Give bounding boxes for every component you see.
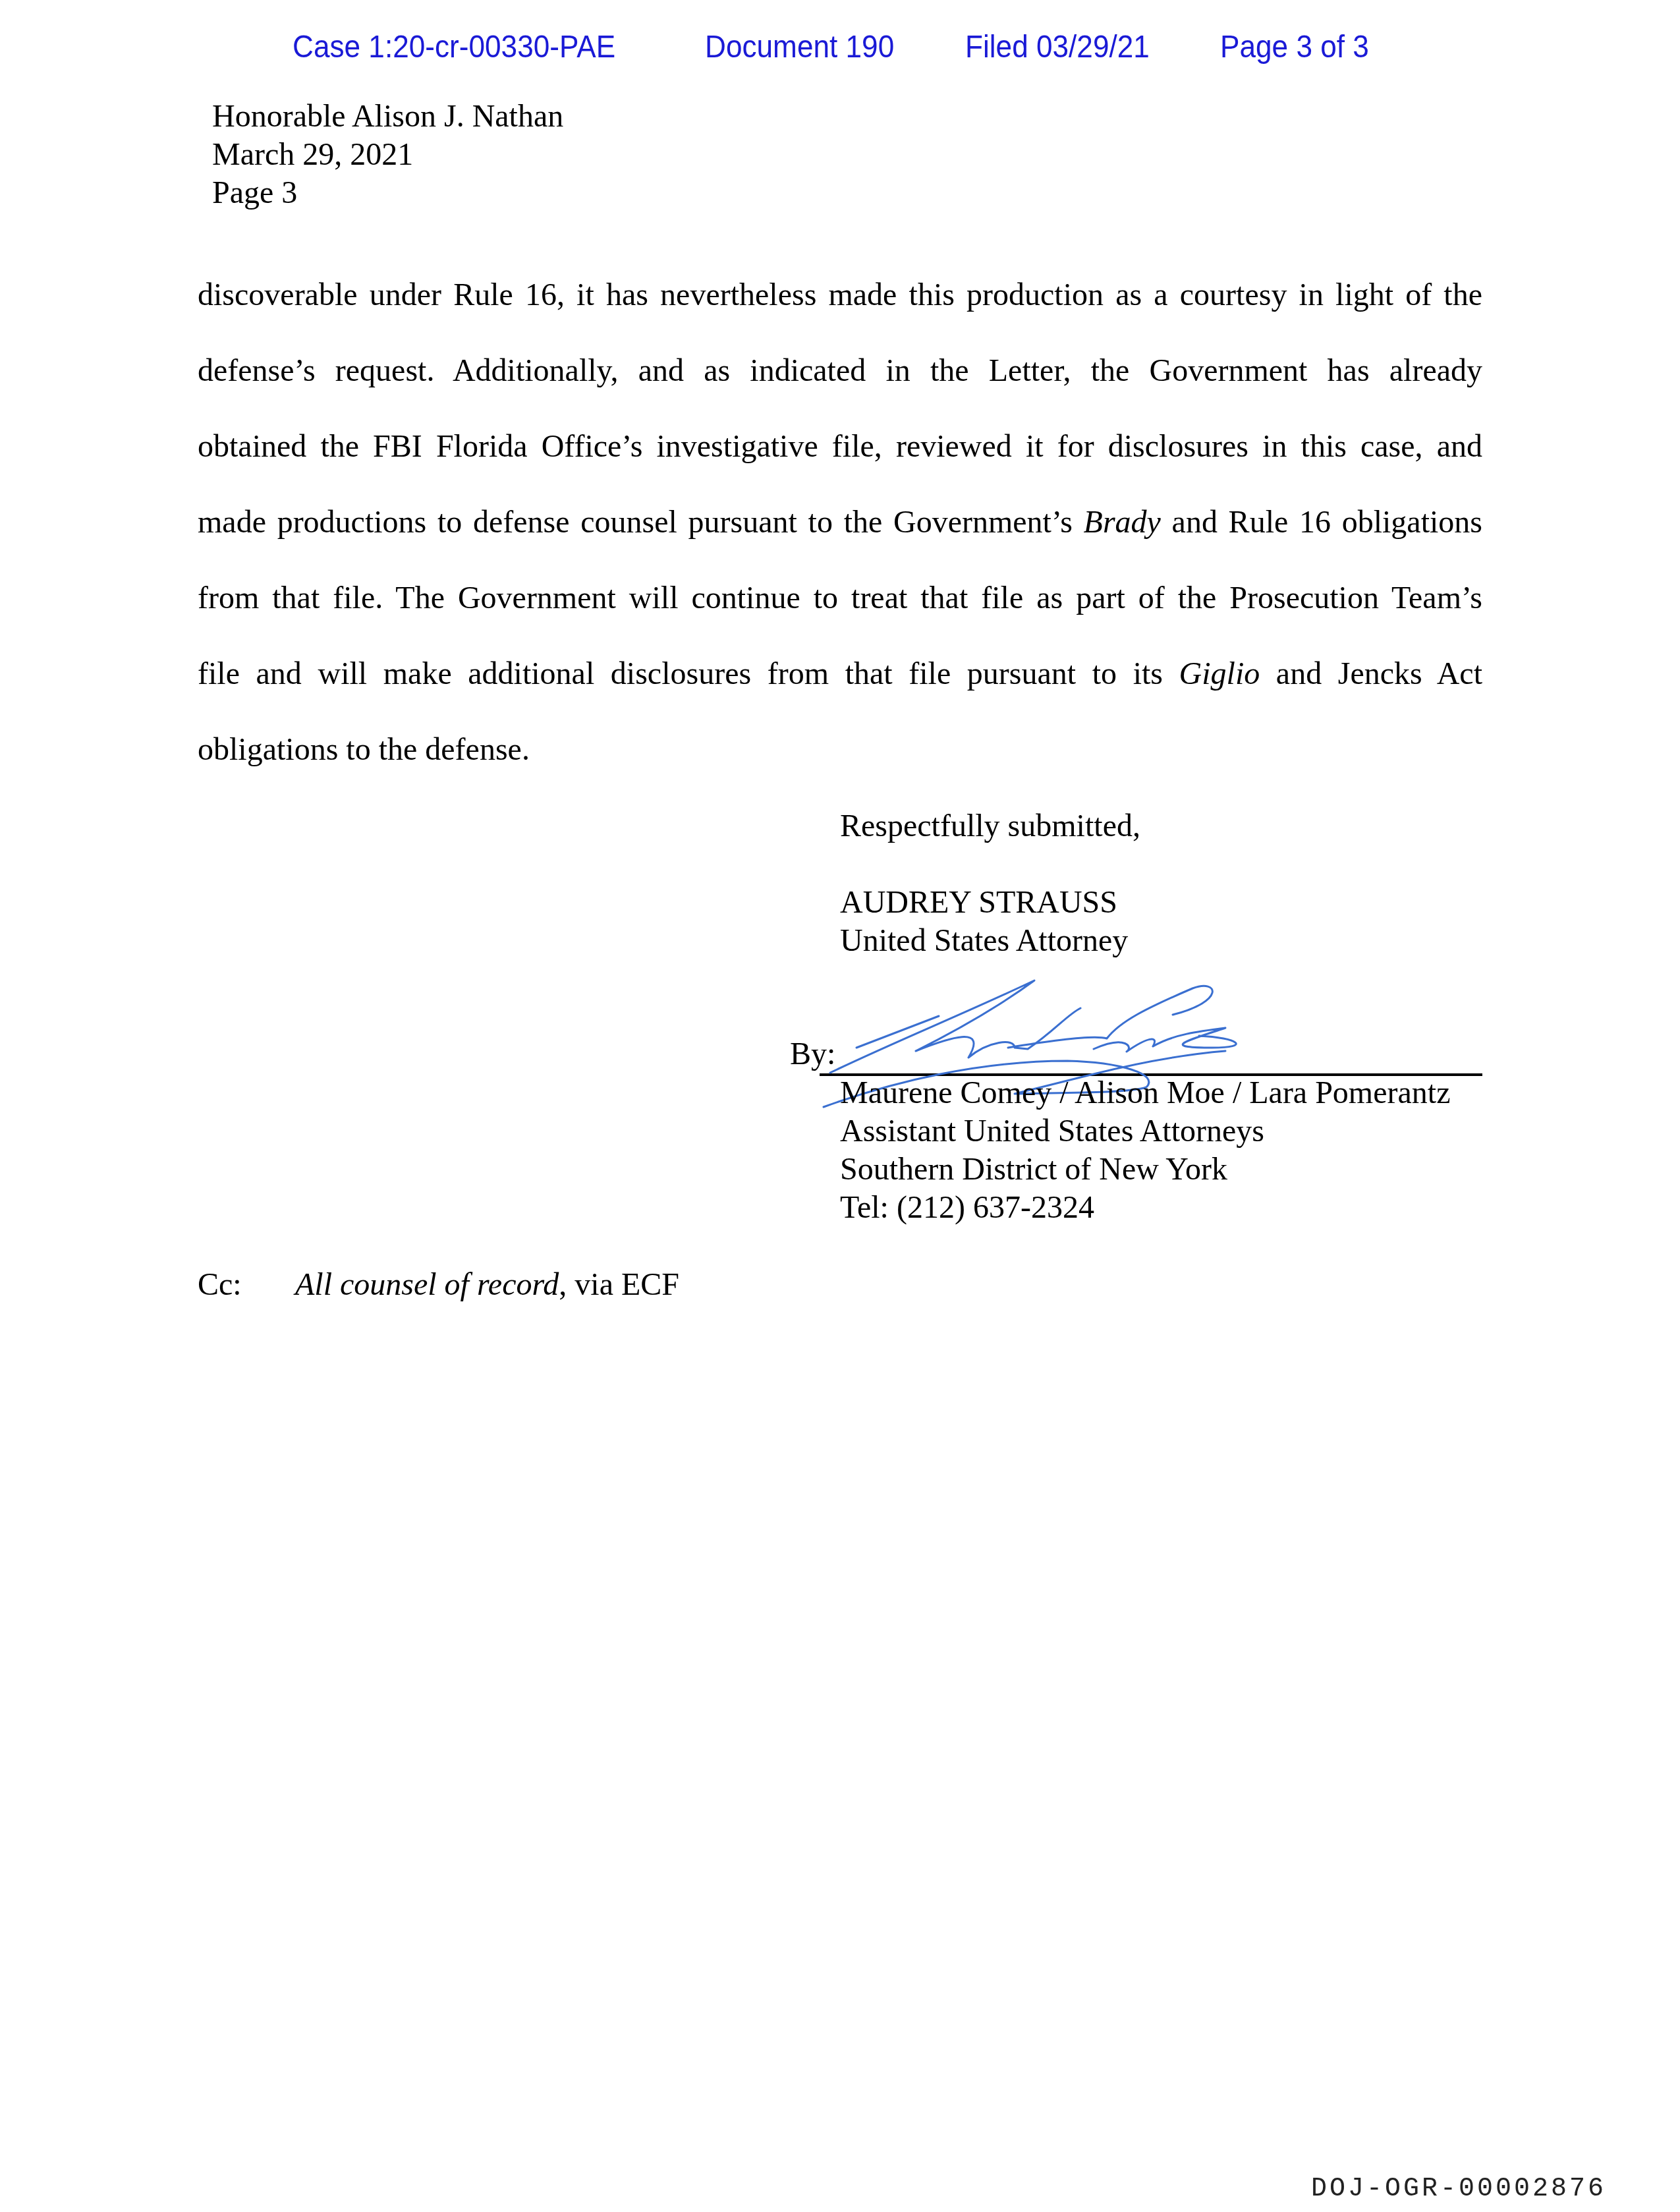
text-run: file and will make additional disclosure…	[198, 656, 1179, 691]
cc-recipients: All counsel of record, via ECF	[295, 1266, 679, 1303]
ecf-header: Case 1:20-cr-00330-PAE Document 190 File…	[0, 29, 1680, 71]
filed-date: Filed 03/29/21	[965, 29, 1150, 65]
body-line: made productions to defense counsel purs…	[198, 504, 1482, 544]
cc-method: , via ECF	[559, 1267, 679, 1302]
body-line: obtained the FBI Florida Office’s invest…	[198, 428, 1482, 468]
body-line: from that file. The Government will cont…	[198, 580, 1482, 619]
page-indicator: Page 3 of 3	[1220, 29, 1369, 65]
office-name: Southern District of New York	[840, 1150, 1450, 1189]
case-citation-brady: Brady	[1084, 505, 1161, 540]
text-run: and Rule 16 obligations	[1161, 505, 1482, 540]
body-line: defense’s request. Additionally, and as …	[198, 353, 1482, 392]
cc-recipients-italic: All counsel of record	[295, 1267, 559, 1302]
letter-date: March 29, 2021	[212, 136, 563, 174]
closing-salutation: Respectfully submitted,	[840, 808, 1140, 844]
body-line: file and will make additional disclosure…	[198, 656, 1482, 695]
body-line: discoverable under Rule 16, it has never…	[198, 277, 1482, 316]
us-attorney-block: AUDREY STRAUSS United States Attorney	[840, 884, 1128, 960]
us-attorney-title: United States Attorney	[840, 922, 1128, 960]
text-run: and Jencks Act	[1260, 656, 1482, 691]
attorney-block: Maurene Comey / Alison Moe / Lara Pomera…	[840, 1074, 1450, 1227]
bates-number: DOJ-OGR-00002876	[1311, 2174, 1606, 2204]
body-line: obligations to the defense.	[198, 731, 1482, 771]
addressee: Honorable Alison J. Nathan	[212, 98, 563, 136]
us-attorney-name: AUDREY STRAUSS	[840, 884, 1128, 922]
case-citation-giglio: Giglio	[1179, 656, 1260, 691]
telephone: Tel: (212) 637-2324	[840, 1189, 1450, 1227]
letter-page: Page 3	[212, 174, 563, 212]
document-number: Document 190	[705, 29, 894, 65]
case-number: Case 1:20-cr-00330-PAE	[293, 29, 615, 65]
attorney-title: Assistant United States Attorneys	[840, 1112, 1450, 1150]
letter-heading: Honorable Alison J. Nathan March 29, 202…	[212, 98, 563, 212]
text-run: made productions to defense counsel purs…	[198, 505, 1084, 540]
attorney-names: Maurene Comey / Alison Moe / Lara Pomera…	[840, 1074, 1450, 1112]
cc-label: Cc:	[198, 1266, 242, 1303]
